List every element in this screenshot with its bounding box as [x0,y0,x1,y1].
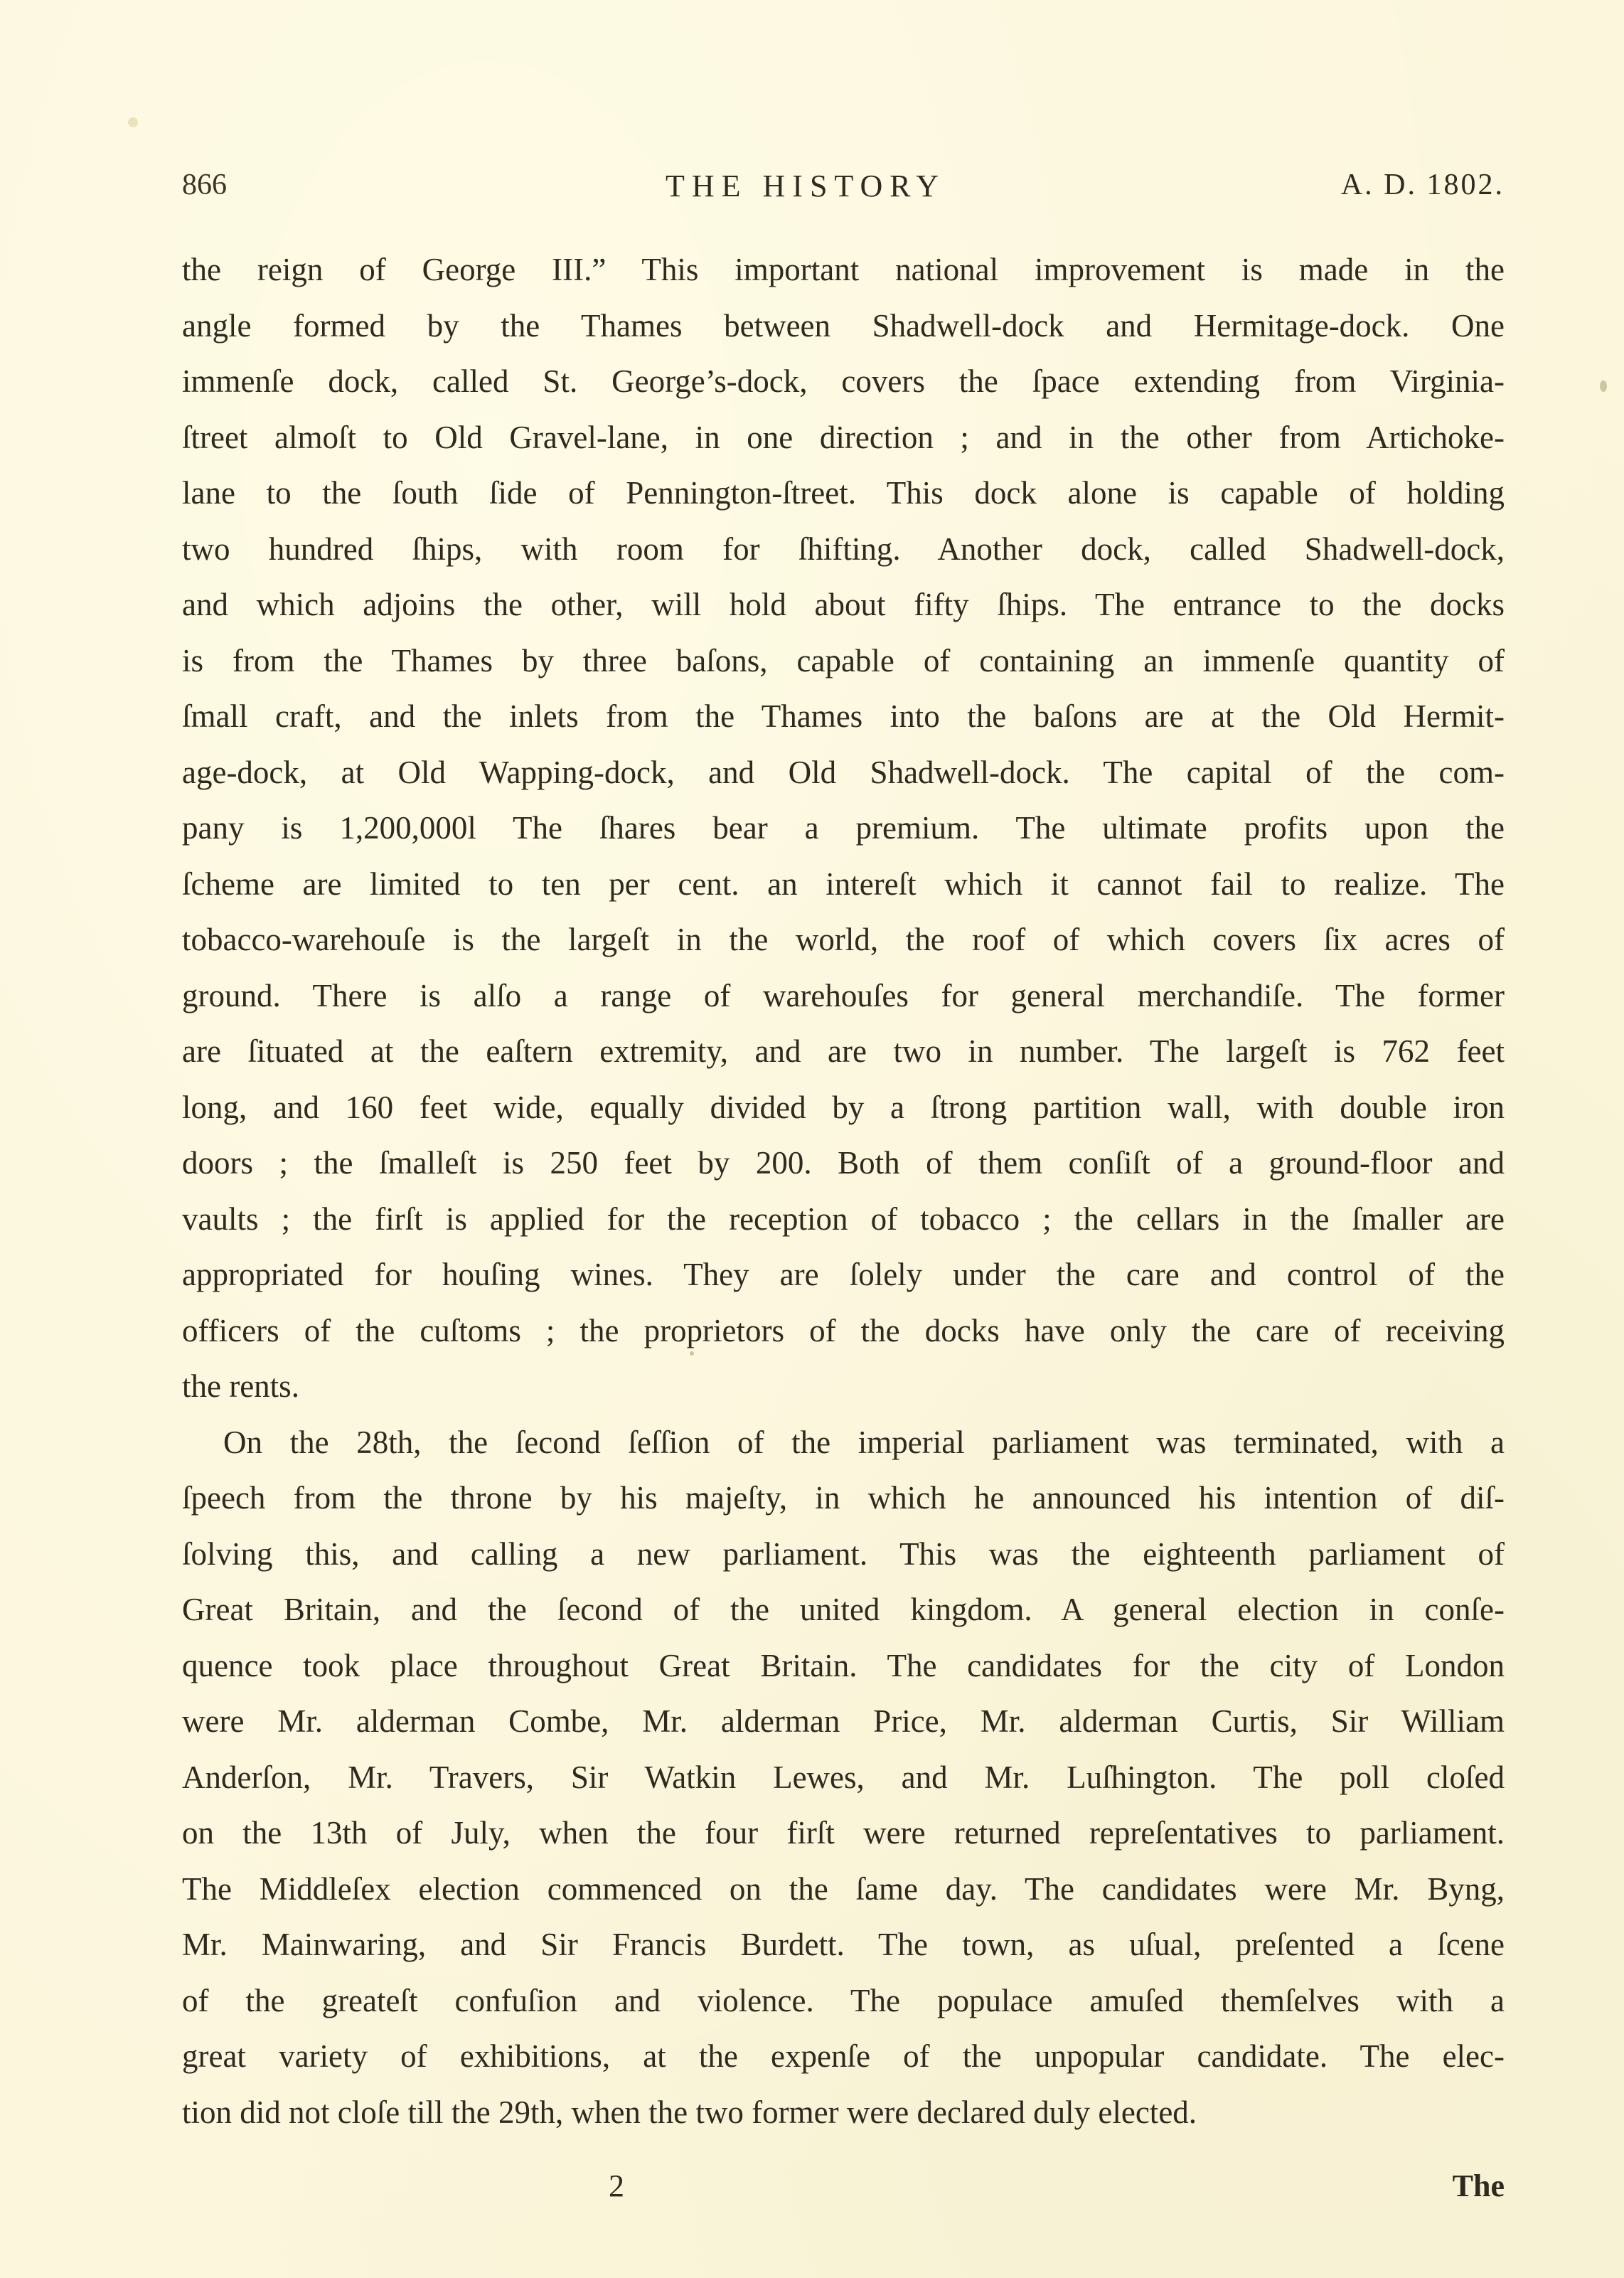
text-line: quence took place throughout Great Brita… [182,1638,1505,1694]
text-line: ground. There is alſo a range of warehou… [182,968,1505,1024]
text-line: great variety of exhibitions, at the exp… [182,2028,1505,2085]
text-line: the reign of George III.” This important… [182,242,1505,298]
text-line: the rents. [182,1358,1505,1415]
body-text: the reign of George III.” This important… [182,242,1505,2140]
page-number: 866 [182,168,227,202]
text-line: Anderſon, Mr. Travers, Sir Watkin Lewes,… [182,1750,1505,1806]
paper-speck [128,117,138,127]
text-line: doors ; the ſmalleſt is 250 feet by 200.… [182,1135,1505,1191]
text-line: ſolving this, and calling a new parliame… [182,1526,1505,1582]
text-line: and which adjoins the other, will hold a… [182,577,1505,633]
text-line: ſmall craft, and the inlets from the Tha… [182,688,1505,745]
text-line: Great Britain, and the ſecond of the uni… [182,1582,1505,1638]
text-line: Mr. Mainwaring, and Sir Francis Burdett.… [182,1917,1505,1973]
catchword: The [1453,2168,1505,2204]
page-footer: 2 The [182,2168,1505,2210]
running-title: THE HISTORY [666,168,946,204]
text-line: is from the Thames by three baſons, capa… [182,633,1505,689]
text-line: ſtreet almoſt to Old Gravel-lane, in one… [182,410,1505,466]
text-line: tion did not cloſe till the 29th, when t… [182,2085,1505,2141]
signature-mark: 2 [609,2168,624,2204]
text-line: are ſituated at the eaſtern extremity, a… [182,1023,1505,1080]
text-line: were Mr. alderman Combe, Mr. alderman Pr… [182,1693,1505,1750]
text-line: two hundred ſhips, with room for ſhiftin… [182,521,1505,578]
running-date: A. D. 1802. [1341,168,1505,202]
text-line: long, and 160 feet wide, equally divided… [182,1080,1505,1136]
running-head: 866 THE HISTORY A. D. 1802. [182,168,1505,211]
text-line: The Middleſex election commenced on the … [182,1861,1505,1917]
text-line: officers of the cuſtoms ; the proprietor… [182,1303,1505,1359]
text-line: ſcheme are limited to ten per cent. an i… [182,856,1505,912]
paragraph-start-line: On the 28th, the ſecond ſeſſion of the i… [182,1415,1505,1471]
text-line: pany is 1,200,000l The ſhares bear a pre… [182,800,1505,856]
text-line: angle formed by the Thames between Shadw… [182,298,1505,354]
paper-speck [690,1351,694,1356]
text-line: vaults ; the firſt is applied for the re… [182,1191,1505,1247]
text-line: ſpeech from the throne by his majeſty, i… [182,1470,1505,1526]
text-line: lane to the ſouth ſide of Pennington-ſtr… [182,465,1505,521]
paper-speck [1600,380,1607,392]
text-line: immenſe dock, called St. George’s-dock, … [182,353,1505,410]
text-line: on the 13th of July, when the four firſt… [182,1805,1505,1861]
text-line: appropriated for houſing wines. They are… [182,1247,1505,1303]
book-page: 866 THE HISTORY A. D. 1802. the reign of… [0,0,1624,2278]
text-line: of the greateſt confuſion and violence. … [182,1973,1505,2029]
text-line: age-dock, at Old Wapping-dock, and Old S… [182,745,1505,801]
text-line: tobacco-warehouſe is the largeſt in the … [182,912,1505,968]
